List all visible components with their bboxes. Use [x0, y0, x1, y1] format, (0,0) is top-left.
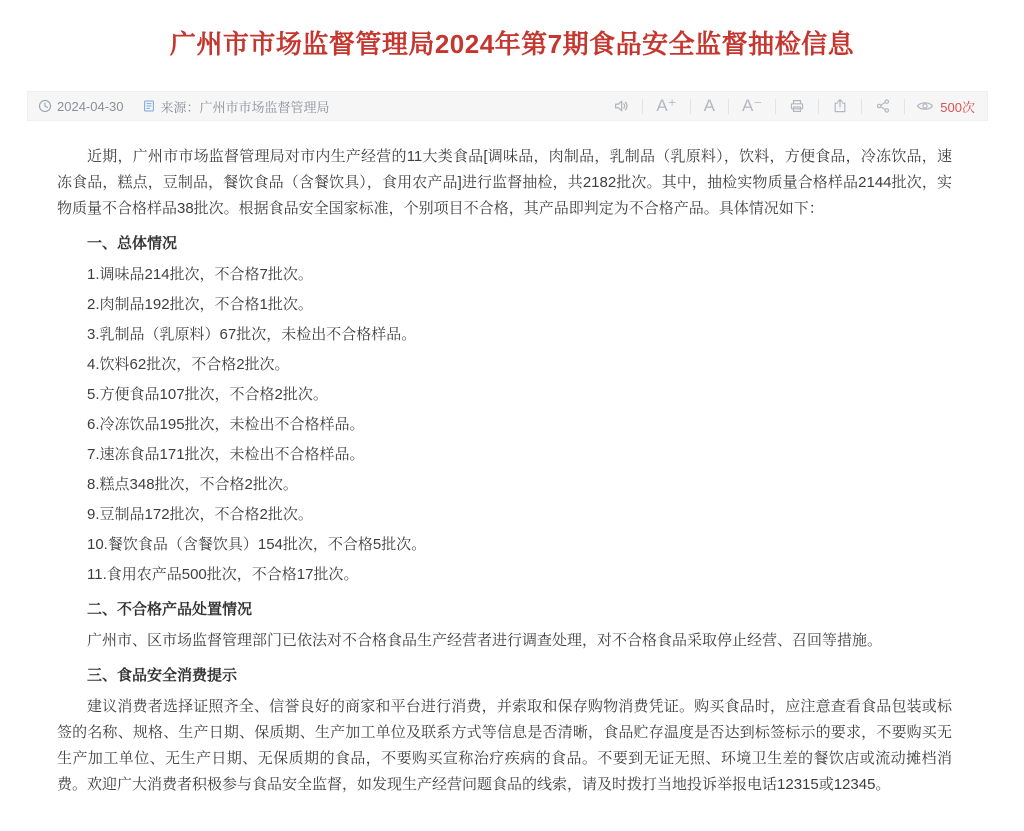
- speaker-icon: [613, 98, 629, 114]
- overview-item: 9.豆制品172批次，不合格2批次。: [57, 502, 952, 528]
- font-size-reset-button[interactable]: A: [702, 97, 717, 115]
- views-count: 500次: [940, 97, 975, 116]
- meta-bar: 2024-04-30 来源：广州市市场监督管理局: [27, 91, 988, 121]
- export-icon: [832, 98, 848, 114]
- font-size-increase-button[interactable]: A⁺: [654, 97, 678, 115]
- toolbar-divider: [642, 99, 643, 114]
- export-button[interactable]: [830, 98, 850, 114]
- overview-item: 1.调味品214批次，不合格7批次。: [57, 262, 952, 288]
- overview-item: 8.糕点348批次，不合格2批次。: [57, 472, 952, 498]
- toolbar-divider: [728, 99, 729, 114]
- overview-item: 4.饮料62批次，不合格2批次。: [57, 352, 952, 378]
- source-label: 来源：广州市市场监督管理局: [161, 97, 330, 116]
- eye-icon: [916, 99, 934, 113]
- source-icon: [142, 99, 156, 113]
- overview-item: 6.冷冻饮品195批次，未检出不合格样品。: [57, 412, 952, 438]
- overview-item: 11.食用农产品500批次，不合格17批次。: [57, 562, 952, 588]
- page-title: 广州市市场监督管理局2024年第7期食品安全监督抽检信息: [40, 27, 984, 61]
- section2-paragraph: 广州市、区市场监督管理部门已依法对不合格食品生产经营者进行调查处理，对不合格食品…: [57, 628, 952, 654]
- print-button[interactable]: [787, 98, 807, 114]
- read-aloud-button[interactable]: [611, 98, 631, 114]
- section2-heading: 二、不合格产品处置情况: [57, 597, 952, 623]
- article-page: 广州市市场监督管理局2024年第7期食品安全监督抽检信息 2024-04-30 …: [0, 0, 1024, 831]
- overview-item: 3.乳制品（乳原料）67批次，未检出不合格样品。: [57, 322, 952, 348]
- article-body: 近期，广州市市场监督管理局对市内生产经营的11大类食品[调味品，肉制品，乳制品（…: [57, 144, 952, 820]
- overview-item: 2.肉制品192批次，不合格1批次。: [57, 292, 952, 318]
- section3-heading: 三、食品安全消费提示: [57, 663, 952, 689]
- toolbar-divider: [818, 99, 819, 114]
- meta-info: 2024-04-30 来源：广州市市场监督管理局: [38, 97, 330, 116]
- publish-date: 2024-04-30: [57, 99, 124, 114]
- overview-item: 5.方便食品107批次，不合格2批次。: [57, 382, 952, 408]
- intro-paragraph: 近期，广州市市场监督管理局对市内生产经营的11大类食品[调味品，肉制品，乳制品（…: [57, 144, 952, 222]
- font-size-decrease-button[interactable]: A⁻: [740, 97, 764, 115]
- section3-paragraph: 建议消费者选择证照齐全、信誉良好的商家和平台进行消费，并索取和保存购物消费凭证。…: [57, 694, 952, 798]
- section1-heading: 一、总体情况: [57, 231, 952, 257]
- toolbar-divider: [861, 99, 862, 114]
- overview-item: 7.速冻食品171批次，未检出不合格样品。: [57, 442, 952, 468]
- toolbar-divider: [690, 99, 691, 114]
- share-icon: [875, 98, 891, 114]
- toolbar-divider: [775, 99, 776, 114]
- printer-icon: [789, 98, 805, 114]
- share-button[interactable]: [873, 98, 893, 114]
- bottom-padding: [57, 802, 952, 820]
- toolbar-divider: [904, 99, 905, 114]
- overview-item: 10.餐饮食品（含餐饮具）154批次，不合格5批次。: [57, 532, 952, 558]
- clock-icon: [38, 99, 52, 113]
- views-group: 500次: [916, 97, 975, 116]
- toolbar: A⁺ A A⁻: [611, 97, 975, 116]
